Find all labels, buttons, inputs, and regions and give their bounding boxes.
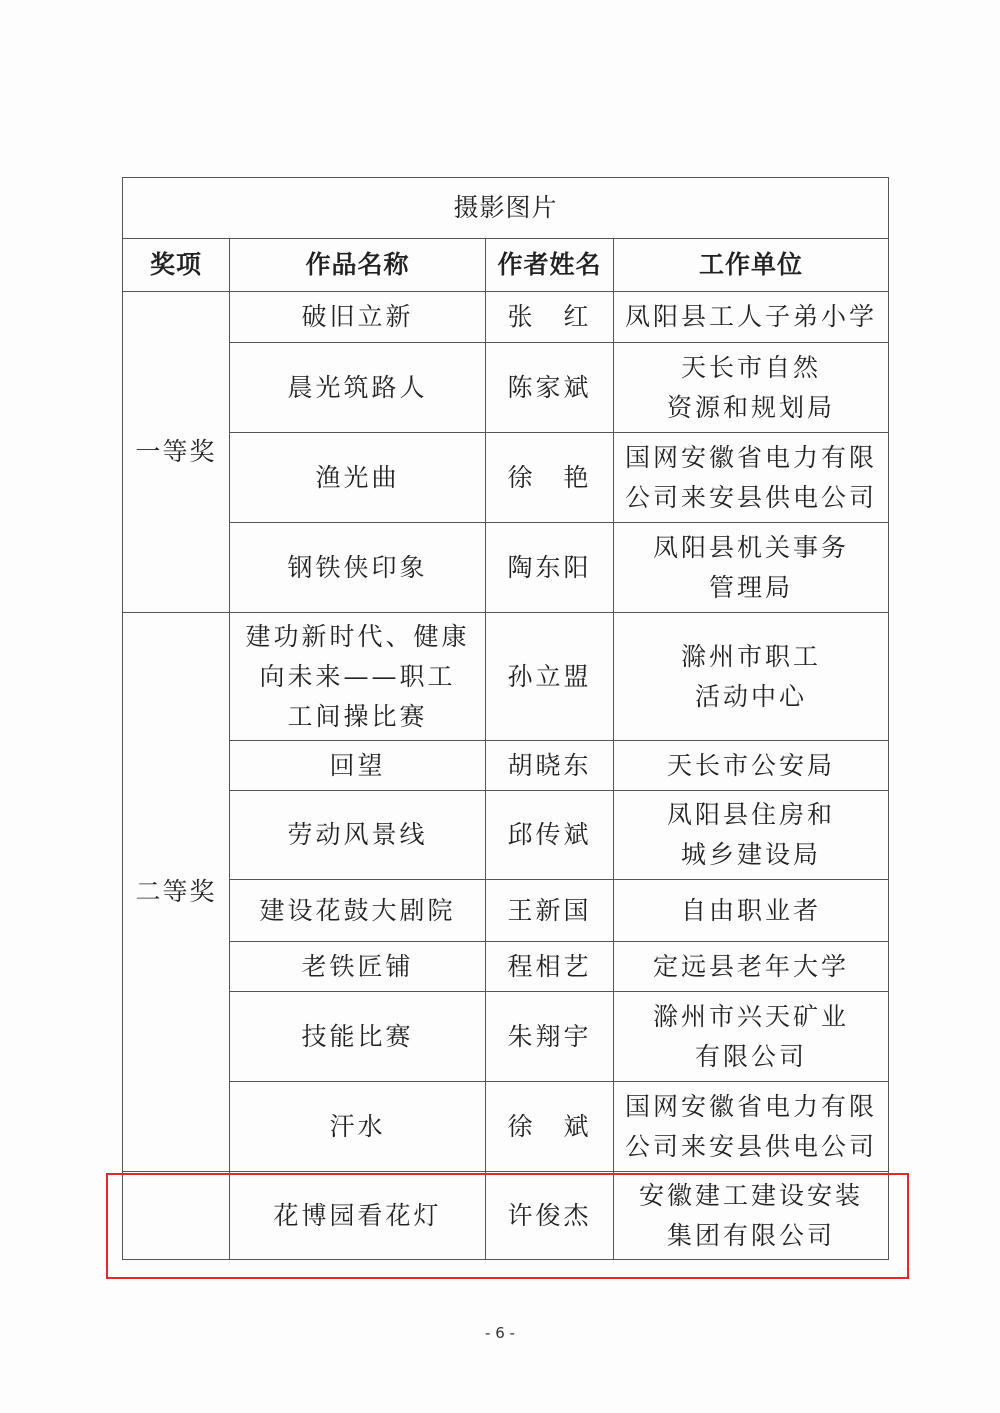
work-title: 建设花鼓大剧院 [230,880,486,942]
document-page: 摄影图片 奖项 作品名称 作者姓名 工作单位 一等奖 破旧立新 张 红 凤阳县工… [0,0,1000,1413]
column-header-work: 作品名称 [230,239,486,292]
work-unit: 天长市自然 资源和规划局 [614,343,889,433]
award-table: 摄影图片 奖项 作品名称 作者姓名 工作单位 一等奖 破旧立新 张 红 凤阳县工… [122,177,889,1260]
award-level-empty [123,1172,230,1260]
author-name: 徐 艳 [486,433,614,523]
table-row-highlighted: 花博园看花灯 许俊杰 安徽建工建设安装 集团有限公司 [123,1172,889,1260]
award-level-second: 二等奖 [123,613,230,1172]
work-unit: 凤阳县工人子弟小学 [614,292,889,343]
table-row: 老铁匠铺 程相艺 定远县老年大学 [123,942,889,992]
table-row: 汗水 徐 斌 国网安徽省电力有限 公司来安县供电公司 [123,1082,889,1172]
work-unit: 国网安徽省电力有限 公司来安县供电公司 [614,433,889,523]
work-unit: 凤阳县住房和 城乡建设局 [614,791,889,880]
work-title: 劳动风景线 [230,791,486,880]
table-row: 渔光曲 徐 艳 国网安徽省电力有限 公司来安县供电公司 [123,433,889,523]
author-name: 胡晓东 [486,741,614,791]
table-row: 建设花鼓大剧院 王新国 自由职业者 [123,880,889,942]
author-name: 孙立盟 [486,613,614,741]
table-row: 晨光筑路人 陈家斌 天长市自然 资源和规划局 [123,343,889,433]
column-header-author: 作者姓名 [486,239,614,292]
work-title: 破旧立新 [230,292,486,343]
work-title: 回望 [230,741,486,791]
work-title: 渔光曲 [230,433,486,523]
work-title: 汗水 [230,1082,486,1172]
author-name: 张 红 [486,292,614,343]
author-name: 邱传斌 [486,791,614,880]
table-row: 一等奖 破旧立新 张 红 凤阳县工人子弟小学 [123,292,889,343]
page-number: - 6 - [0,1324,1000,1342]
work-unit: 安徽建工建设安装 集团有限公司 [614,1172,889,1260]
award-level-first: 一等奖 [123,292,230,613]
author-name: 程相艺 [486,942,614,992]
work-unit: 滁州市职工 活动中心 [614,613,889,741]
author-name: 陈家斌 [486,343,614,433]
work-unit: 天长市公安局 [614,741,889,791]
column-header-award: 奖项 [123,239,230,292]
work-unit: 国网安徽省电力有限 公司来安县供电公司 [614,1082,889,1172]
table-title: 摄影图片 [123,178,889,239]
column-header-unit: 工作单位 [614,239,889,292]
table-row: 技能比赛 朱翔宇 滁州市兴天矿业 有限公司 [123,992,889,1082]
author-name: 王新国 [486,880,614,942]
table-title-row: 摄影图片 [123,178,889,239]
work-unit: 自由职业者 [614,880,889,942]
author-name: 许俊杰 [486,1172,614,1260]
work-unit: 滁州市兴天矿业 有限公司 [614,992,889,1082]
author-name: 朱翔宇 [486,992,614,1082]
work-title: 花博园看花灯 [230,1172,486,1260]
work-title: 老铁匠铺 [230,942,486,992]
table-row: 二等奖 建功新时代、健康 向未来——职工 工间操比赛 孙立盟 滁州市职工 活动中… [123,613,889,741]
table-row: 回望 胡晓东 天长市公安局 [123,741,889,791]
work-title: 晨光筑路人 [230,343,486,433]
table-row: 劳动风景线 邱传斌 凤阳县住房和 城乡建设局 [123,791,889,880]
table-row: 钢铁侠印象 陶东阳 凤阳县机关事务 管理局 [123,523,889,613]
work-title: 建功新时代、健康 向未来——职工 工间操比赛 [230,613,486,741]
work-title: 技能比赛 [230,992,486,1082]
author-name: 徐 斌 [486,1082,614,1172]
author-name: 陶东阳 [486,523,614,613]
work-unit: 定远县老年大学 [614,942,889,992]
table-header-row: 奖项 作品名称 作者姓名 工作单位 [123,239,889,292]
work-title: 钢铁侠印象 [230,523,486,613]
work-unit: 凤阳县机关事务 管理局 [614,523,889,613]
